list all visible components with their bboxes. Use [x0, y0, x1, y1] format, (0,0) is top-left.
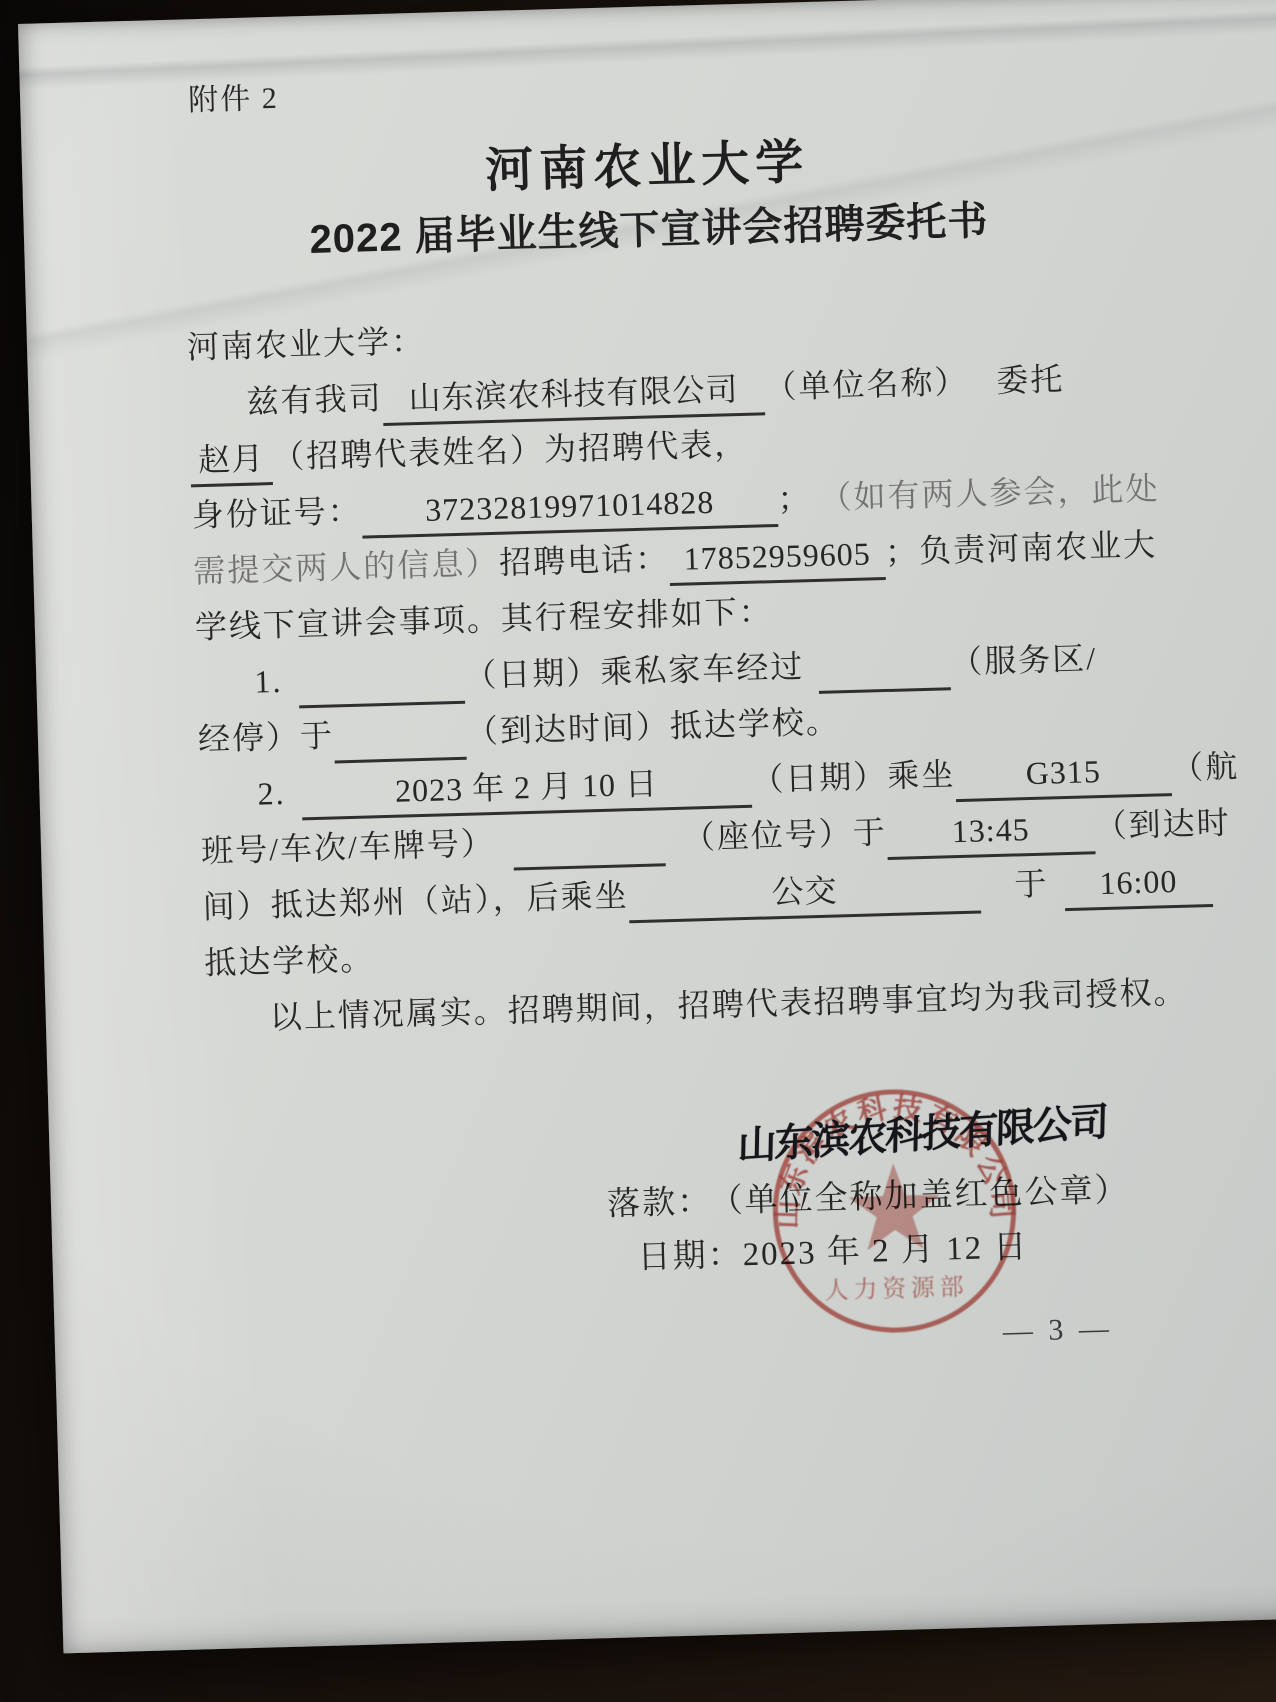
item1-number: 1. — [254, 663, 283, 700]
item2-seg-a: （日期）乘坐 — [751, 756, 956, 798]
stamp-star-icon — [848, 1162, 941, 1251]
salutation: 河南农业大学： — [187, 323, 426, 366]
rep-name-blank: 赵月 — [190, 434, 273, 487]
document-content: 附件 2 河南农业大学 2022 届毕业生线下宣讲会招聘委托书 河南农业大学： … — [20, 51, 1276, 1051]
item2-train-blank: G315 — [955, 745, 1172, 802]
phone-label: 招聘电话： — [499, 540, 670, 581]
attachment-label: 附件 2 — [188, 54, 1227, 119]
item1-seg-d: （到达时间）抵达学校。 — [465, 703, 840, 749]
item2-seg-h: 抵达学校。 — [204, 940, 375, 981]
item2-vehicle-blank: 公交 — [628, 862, 981, 923]
item2-number: 2. — [257, 775, 286, 812]
two-person-note-2: 需提交两人的信息） — [193, 545, 500, 590]
sign-label: 落款： — [607, 1184, 713, 1223]
item1-seg-c: 经停）于 — [198, 717, 335, 757]
item2-seat-blank — [512, 815, 665, 870]
item2-seg-c: 班号/车次/车牌号） — [201, 825, 496, 869]
document-page: 附件 2 河南农业大学 2022 届毕业生线下宣讲会招聘委托书 河南农业大学： … — [18, 0, 1276, 1653]
phone-number-blank: 17852959605 — [669, 529, 886, 586]
item2-seg-f: 间）抵达郑州（站），后乘坐 — [202, 877, 629, 925]
item1-seg-b: （服务区/ — [950, 640, 1098, 680]
item2-depart-time-blank: 16:00 — [1064, 856, 1213, 911]
item2-arrive-time-blank: 13:45 — [886, 803, 1095, 860]
item2-seg-b: （航 — [1171, 748, 1240, 786]
rep-hint: （招聘代表姓名）为招聘代表， — [272, 426, 749, 475]
id-semicolon: ； — [777, 480, 812, 517]
item2-seg-g: 于 — [1014, 866, 1049, 903]
item2-seg-e: （到达时 — [1094, 804, 1231, 844]
item1-seg-a: （日期）乘私家车经过 — [464, 648, 805, 693]
document-body: 河南农业大学： 兹有我司山东滨农科技有限公司（单位名称）委托 赵月（招聘代表姓名… — [186, 290, 1252, 1047]
item1-date-blank — [298, 653, 465, 709]
two-person-note-1: （如有两人参会，此处 — [835, 470, 1160, 515]
id-label: 身份证号： — [191, 493, 362, 534]
item1-time-blank — [333, 709, 466, 764]
intro-pre: 兹有我司 — [246, 380, 383, 420]
phone-post: ；负责河南农业大 — [885, 526, 1158, 570]
item2-seg-d: （座位号）于 — [682, 814, 887, 856]
entrust-word: 委托 — [996, 361, 1065, 399]
stamp-department-text: 人力资源部 — [824, 1273, 968, 1304]
wrap-text: 学线下宣讲会事项。其行程安排如下： — [194, 593, 773, 645]
photo-scene: 附件 2 河南农业大学 2022 届毕业生线下宣讲会招聘委托书 河南农业大学： … — [0, 0, 1276, 1702]
item1-stop-blank — [818, 639, 951, 694]
company-hint: （单位名称） — [764, 364, 969, 406]
